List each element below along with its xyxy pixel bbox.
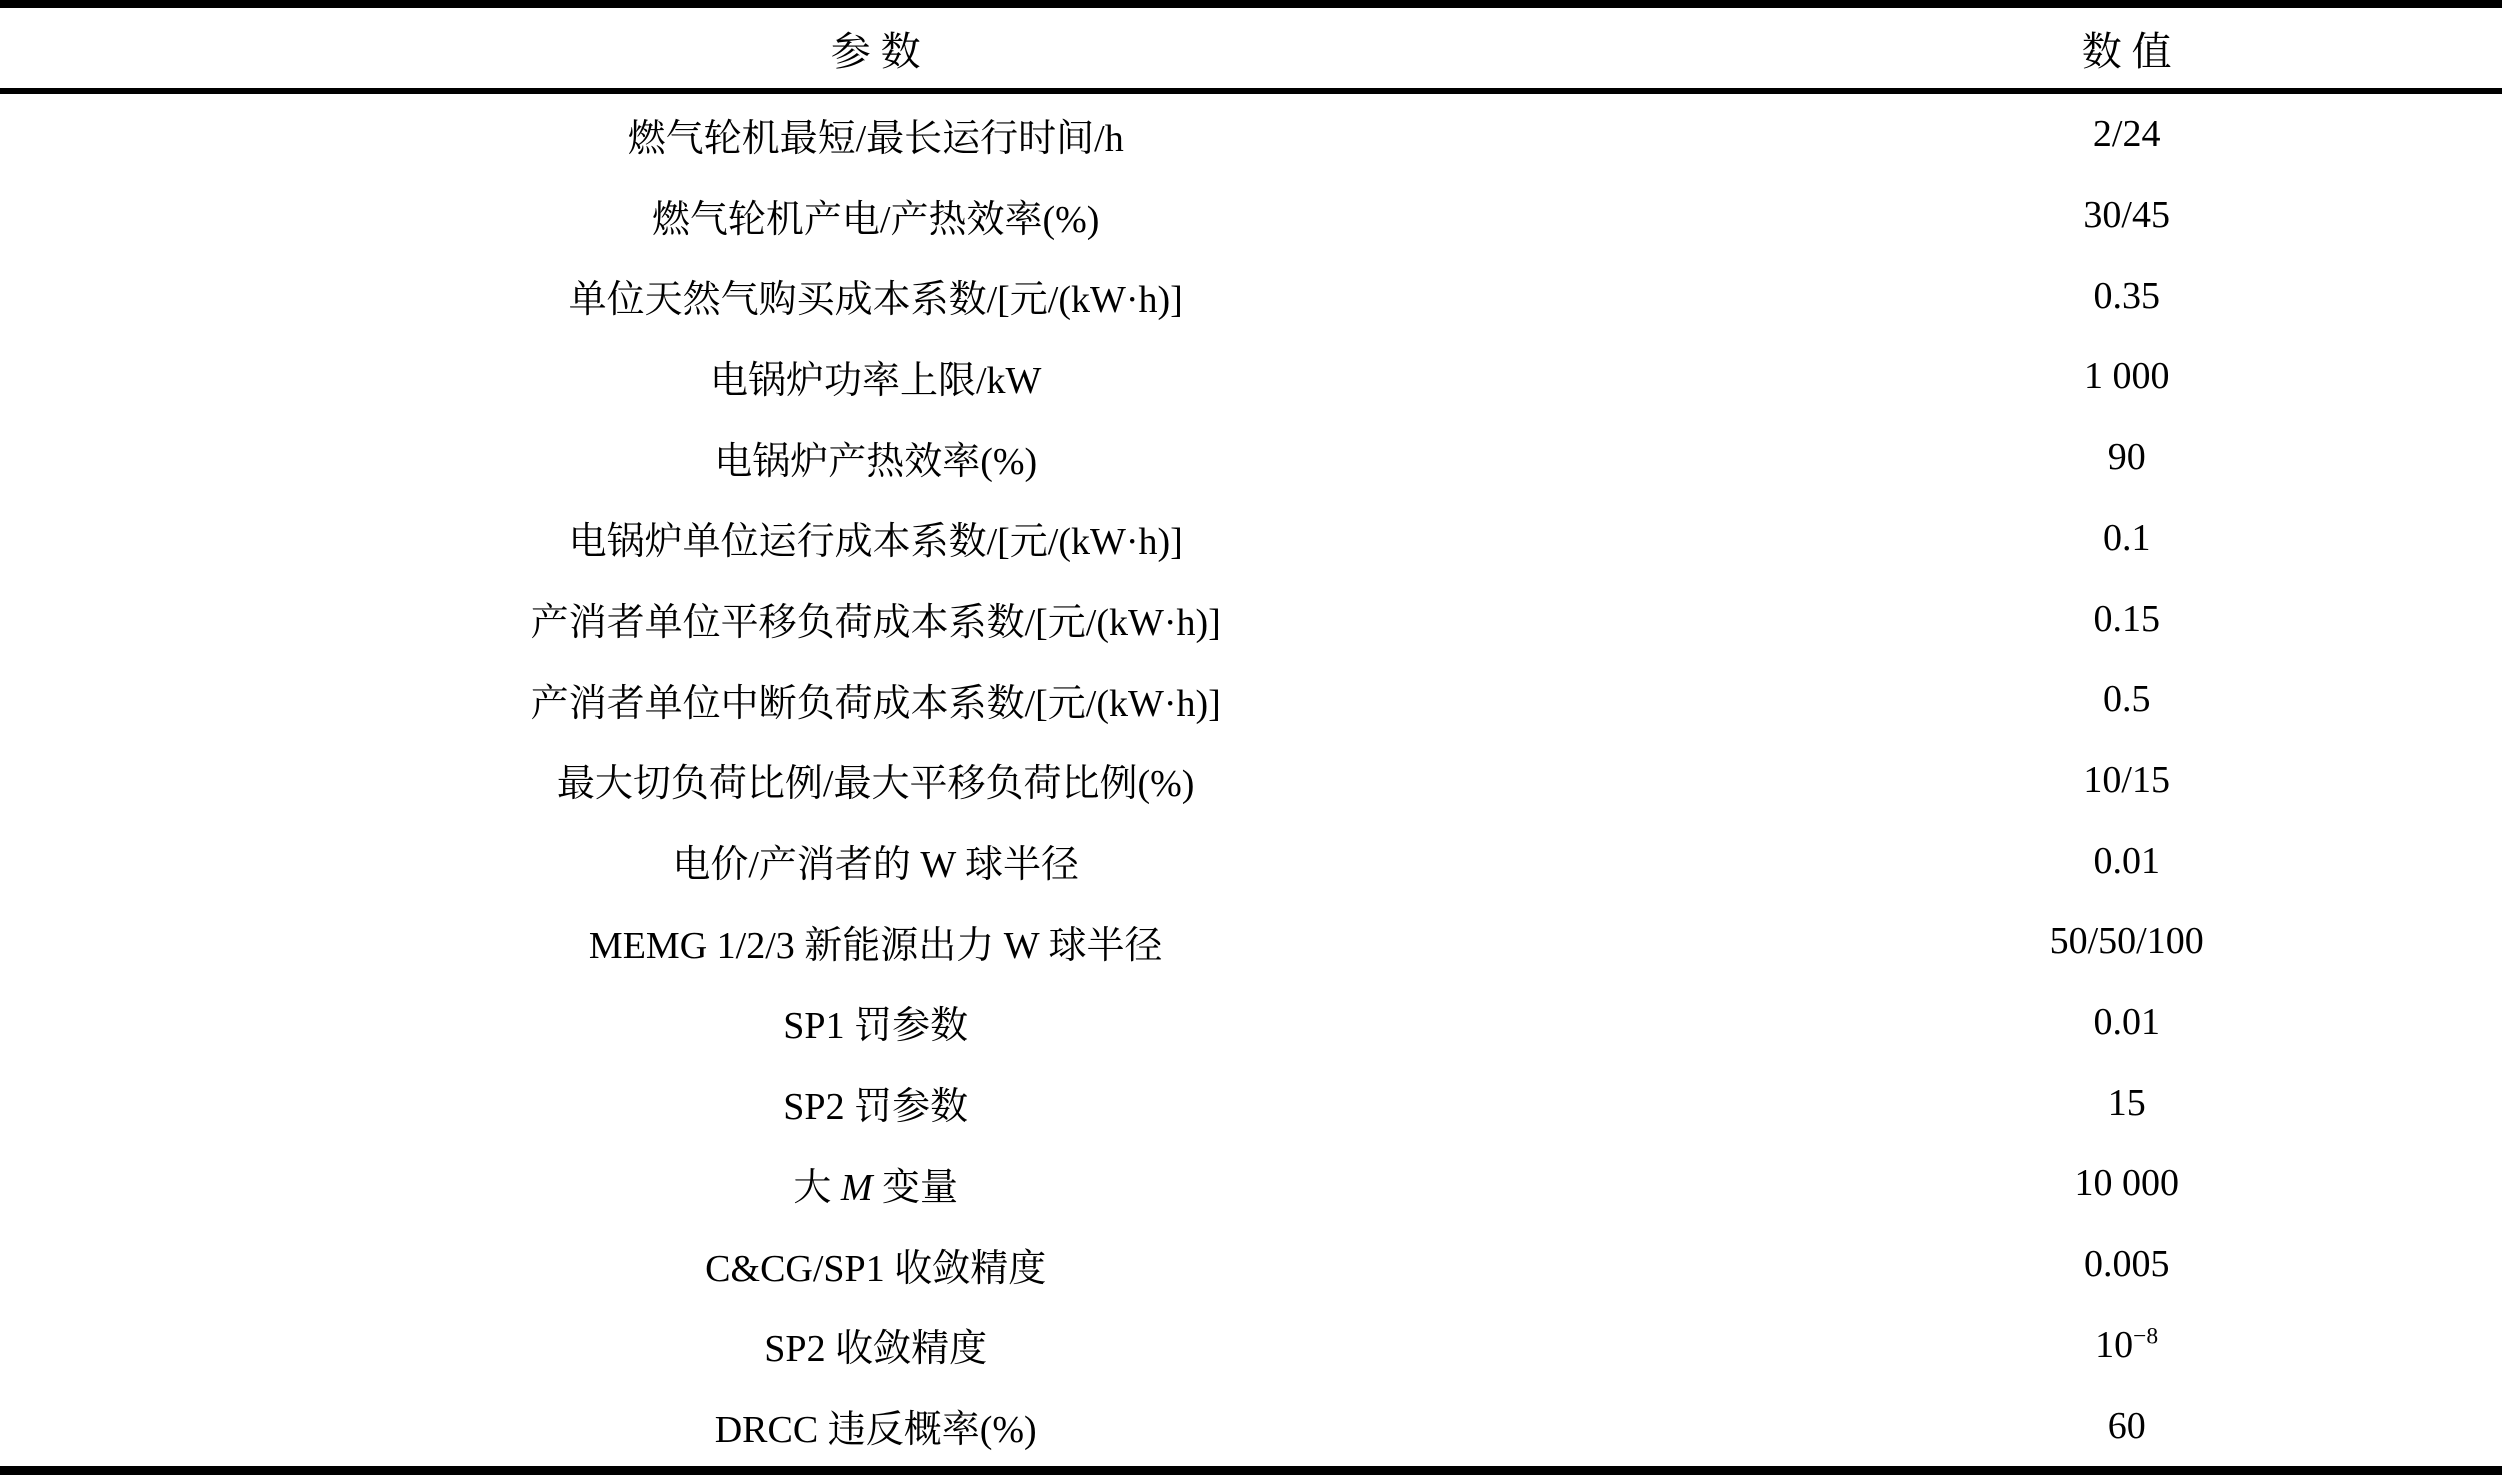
param-cell: 电锅炉产热效率(%) bbox=[0, 417, 1751, 498]
value-cell: 0.005 bbox=[1751, 1224, 2502, 1305]
value-cell: 90 bbox=[1751, 417, 2502, 498]
paper-table-page: 参 数 数 值 燃气轮机最短/最长运行时间/h 2/24 燃气轮机产电/产热效率… bbox=[0, 0, 2502, 1475]
table-row: SP1 罚参数 0.01 bbox=[0, 982, 2502, 1063]
table-row: SP2 罚参数 15 bbox=[0, 1062, 2502, 1143]
param-cell: 产消者单位中断负荷成本系数/[元/(kW·h)] bbox=[0, 659, 1751, 740]
value-cell: 50/50/100 bbox=[1751, 901, 2502, 982]
value-cell: 0.01 bbox=[1751, 982, 2502, 1063]
param-cell: 电锅炉功率上限/kW bbox=[0, 336, 1751, 417]
table-row: 电价/产消者的 W 球半径 0.01 bbox=[0, 820, 2502, 901]
param-cell: 电价/产消者的 W 球半径 bbox=[0, 820, 1751, 901]
param-cell: 单位天然气购买成本系数/[元/(kW·h)] bbox=[0, 255, 1751, 336]
table-row: DRCC 违反概率(%) 60 bbox=[0, 1385, 2502, 1470]
value-cell: 2/24 bbox=[1751, 91, 2502, 175]
value-cell: 10/15 bbox=[1751, 740, 2502, 821]
param-cell: 电锅炉单位运行成本系数/[元/(kW·h)] bbox=[0, 498, 1751, 579]
value-cell: 10 000 bbox=[1751, 1143, 2502, 1224]
table-row: 最大切负荷比例/最大平移负荷比例(%) 10/15 bbox=[0, 740, 2502, 821]
table-row: 电锅炉产热效率(%) 90 bbox=[0, 417, 2502, 498]
value-cell: 0.35 bbox=[1751, 255, 2502, 336]
param-cell: DRCC 违反概率(%) bbox=[0, 1385, 1751, 1470]
column-header-value: 数 值 bbox=[1751, 4, 2502, 91]
value-cell: 30/45 bbox=[1751, 175, 2502, 256]
param-cell: SP2 收敛精度 bbox=[0, 1304, 1751, 1385]
param-cell: MEMG 1/2/3 新能源出力 W 球半径 bbox=[0, 901, 1751, 982]
param-cell: SP1 罚参数 bbox=[0, 982, 1751, 1063]
table-body: 燃气轮机最短/最长运行时间/h 2/24 燃气轮机产电/产热效率(%) 30/4… bbox=[0, 91, 2502, 1471]
table-row: MEMG 1/2/3 新能源出力 W 球半径 50/50/100 bbox=[0, 901, 2502, 982]
param-cell: 燃气轮机最短/最长运行时间/h bbox=[0, 91, 1751, 175]
param-cell: C&CG/SP1 收敛精度 bbox=[0, 1224, 1751, 1305]
table-row: 产消者单位平移负荷成本系数/[元/(kW·h)] 0.15 bbox=[0, 578, 2502, 659]
param-cell: 燃气轮机产电/产热效率(%) bbox=[0, 175, 1751, 256]
table-row: 电锅炉功率上限/kW 1 000 bbox=[0, 336, 2502, 417]
table-row: 燃气轮机产电/产热效率(%) 30/45 bbox=[0, 175, 2502, 256]
table-row: SP2 收敛精度 10−8 bbox=[0, 1304, 2502, 1385]
param-cell: 大 M 变量 bbox=[0, 1143, 1751, 1224]
value-cell: 0.1 bbox=[1751, 498, 2502, 579]
value-cell: 1 000 bbox=[1751, 336, 2502, 417]
table-row: 大 M 变量 10 000 bbox=[0, 1143, 2502, 1224]
column-header-parameter: 参 数 bbox=[0, 4, 1751, 91]
param-cell: 最大切负荷比例/最大平移负荷比例(%) bbox=[0, 740, 1751, 821]
table-row: 单位天然气购买成本系数/[元/(kW·h)] 0.35 bbox=[0, 255, 2502, 336]
value-cell: 0.15 bbox=[1751, 578, 2502, 659]
param-cell: SP2 罚参数 bbox=[0, 1062, 1751, 1143]
value-cell: 60 bbox=[1751, 1385, 2502, 1470]
param-cell: 产消者单位平移负荷成本系数/[元/(kW·h)] bbox=[0, 578, 1751, 659]
parameters-table: 参 数 数 值 燃气轮机最短/最长运行时间/h 2/24 燃气轮机产电/产热效率… bbox=[0, 0, 2502, 1475]
value-cell: 15 bbox=[1751, 1062, 2502, 1143]
table-header-row: 参 数 数 值 bbox=[0, 4, 2502, 91]
value-cell: 10−8 bbox=[1751, 1304, 2502, 1385]
value-cell: 0.5 bbox=[1751, 659, 2502, 740]
table-row: C&CG/SP1 收敛精度 0.005 bbox=[0, 1224, 2502, 1305]
value-cell: 0.01 bbox=[1751, 820, 2502, 901]
table-row: 燃气轮机最短/最长运行时间/h 2/24 bbox=[0, 91, 2502, 175]
table-row: 电锅炉单位运行成本系数/[元/(kW·h)] 0.1 bbox=[0, 498, 2502, 579]
table-row: 产消者单位中断负荷成本系数/[元/(kW·h)] 0.5 bbox=[0, 659, 2502, 740]
